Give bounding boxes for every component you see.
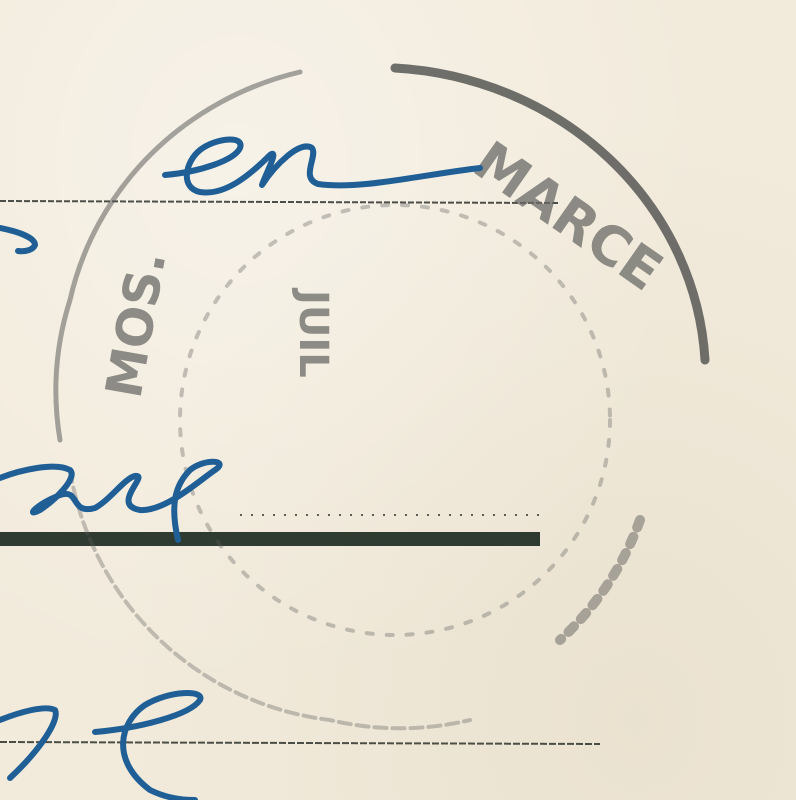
postcard-scene: MARCE MOS. JUIL bbox=[0, 0, 796, 800]
postmark bbox=[56, 68, 705, 728]
postmark-arc-left: MOS. bbox=[95, 247, 178, 402]
address-lines bbox=[0, 201, 600, 744]
postmark-arc-right: MARCE bbox=[463, 129, 674, 303]
handwriting bbox=[0, 140, 480, 800]
postmark-center: JUIL bbox=[290, 287, 336, 378]
